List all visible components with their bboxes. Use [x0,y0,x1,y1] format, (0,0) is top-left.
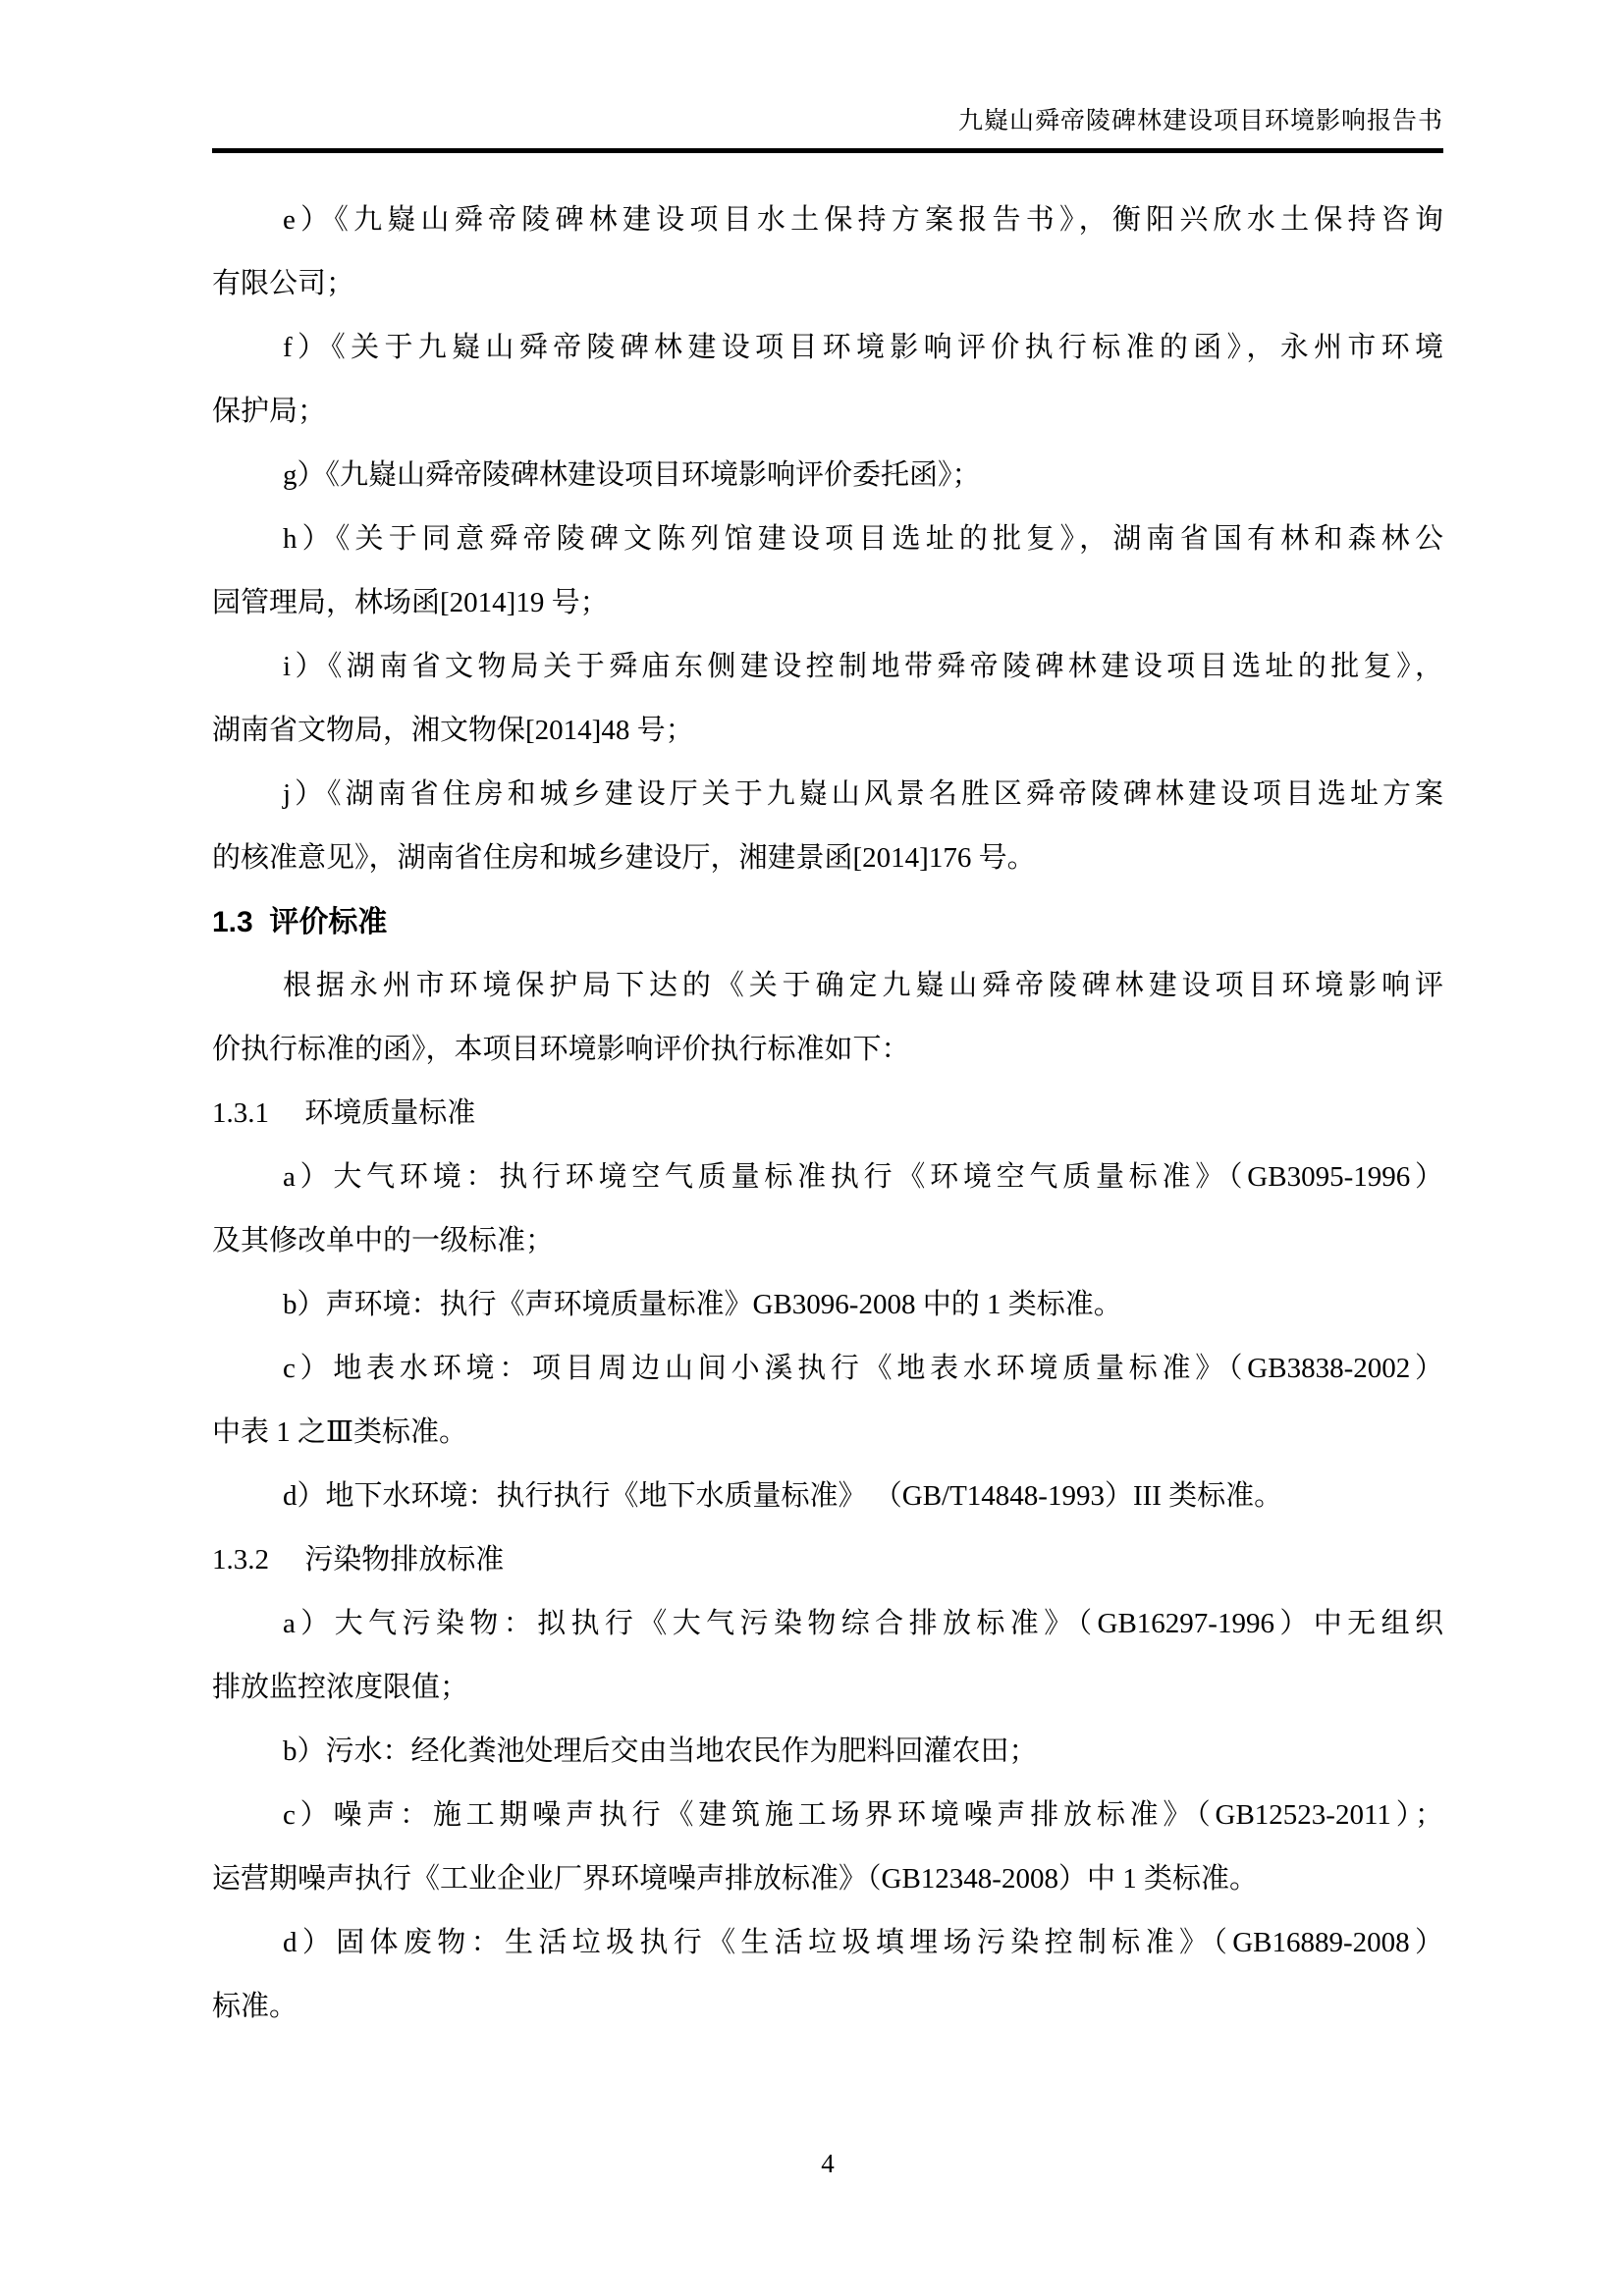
para-intro-1: 根据永州市环境保护局下达的《关于确定九嶷山舜帝陵碑林建设项目环境影响评 [212,954,1443,1018]
document-page: 九嶷山舜帝陵碑林建设项目环境影响报告书 e）《九嶷山舜帝陵碑林建设项目水土保持方… [0,0,1624,2296]
header-rule-divider [212,148,1443,153]
page-header-title: 九嶷山舜帝陵碑林建设项目环境影响报告书 [212,100,1443,143]
line-d-solid-waste-1: d）固体废物：生活垃圾执行《生活垃圾填埋场污染控制标准》（GB16889-200… [212,1911,1443,1975]
section-heading-1-3-2: 1.3.2 污染物排放标准 [212,1528,1443,1592]
line-d-groundwater: d）地下水环境：执行执行《地下水质量标准》 （GB/T14848-1993）II… [212,1465,1443,1528]
line-a-pollutant-1: a）大气污染物：拟执行《大气污染物综合排放标准》（GB16297-1996）中无… [212,1592,1443,1656]
line-e-1: e）《九嶷山舜帝陵碑林建设项目水土保持方案报告书》，衡阳兴欣水土保持咨询 [212,188,1443,252]
line-a-air-1: a）大气环境：执行环境空气质量标准执行《环境空气质量标准》（GB3095-199… [212,1146,1443,1209]
line-a-pollutant-2: 排放监控浓度限值； [212,1656,1443,1720]
line-h-1: h）《关于同意舜帝陵碑文陈列馆建设项目选址的批复》，湖南省国有林和森林公 [212,507,1443,571]
line-b-acoustic-env: b）声环境：执行《声环境质量标准》GB3096-2008 中的 1 类标准。 [212,1273,1443,1337]
line-j-1: j）《湖南省住房和城乡建设厅关于九嶷山风景名胜区舜帝陵碑林建设项目选址方案 [212,763,1443,827]
line-c-noise-2: 运营期噪声执行《工业企业厂界环境噪声排放标准》（GB12348-2008）中 1… [212,1847,1443,1911]
line-f-2: 保护局； [212,380,1443,444]
line-e-2: 有限公司； [212,252,1443,316]
section-heading-1-3: 1.3 评价标准 [212,890,1443,954]
line-b-wastewater: b）污水：经化粪池处理后交由当地农民作为肥料回灌农田； [212,1720,1443,1784]
line-i-2: 湖南省文物局，湘文物保[2014]48 号； [212,699,1443,763]
page-number: 4 [212,2143,1443,2184]
line-g: g）《九嶷山舜帝陵碑林建设项目环境影响评价委托函》； [212,444,1443,507]
document-body: e）《九嶷山舜帝陵碑林建设项目水土保持方案报告书》，衡阳兴欣水土保持咨询 有限公… [212,188,1443,2039]
line-a-air-2: 及其修改单中的一级标准； [212,1209,1443,1273]
line-c-surface-water-1: c）地表水环境：项目周边山间小溪执行《地表水环境质量标准》（GB3838-200… [212,1337,1443,1401]
line-c-surface-water-2: 中表 1 之Ⅲ类标准。 [212,1401,1443,1465]
line-h-2: 园管理局，林场函[2014]19 号； [212,571,1443,635]
line-j-2: 的核准意见》，湖南省住房和城乡建设厅，湘建景函[2014]176 号。 [212,827,1443,890]
line-f-1: f）《关于九嶷山舜帝陵碑林建设项目环境影响评价执行标准的函》，永州市环境 [212,316,1443,380]
para-intro-2: 价执行标准的函》，本项目环境影响评价执行标准如下： [212,1018,1443,1082]
section-heading-1-3-1: 1.3.1 环境质量标准 [212,1082,1443,1146]
line-i-1: i）《湖南省文物局关于舜庙东侧建设控制地带舜帝陵碑林建设项目选址的批复》， [212,635,1443,699]
line-d-solid-waste-2: 标准。 [212,1975,1443,2039]
line-c-noise-1: c）噪声：施工期噪声执行《建筑施工场界环境噪声排放标准》（GB12523-201… [212,1784,1443,1847]
